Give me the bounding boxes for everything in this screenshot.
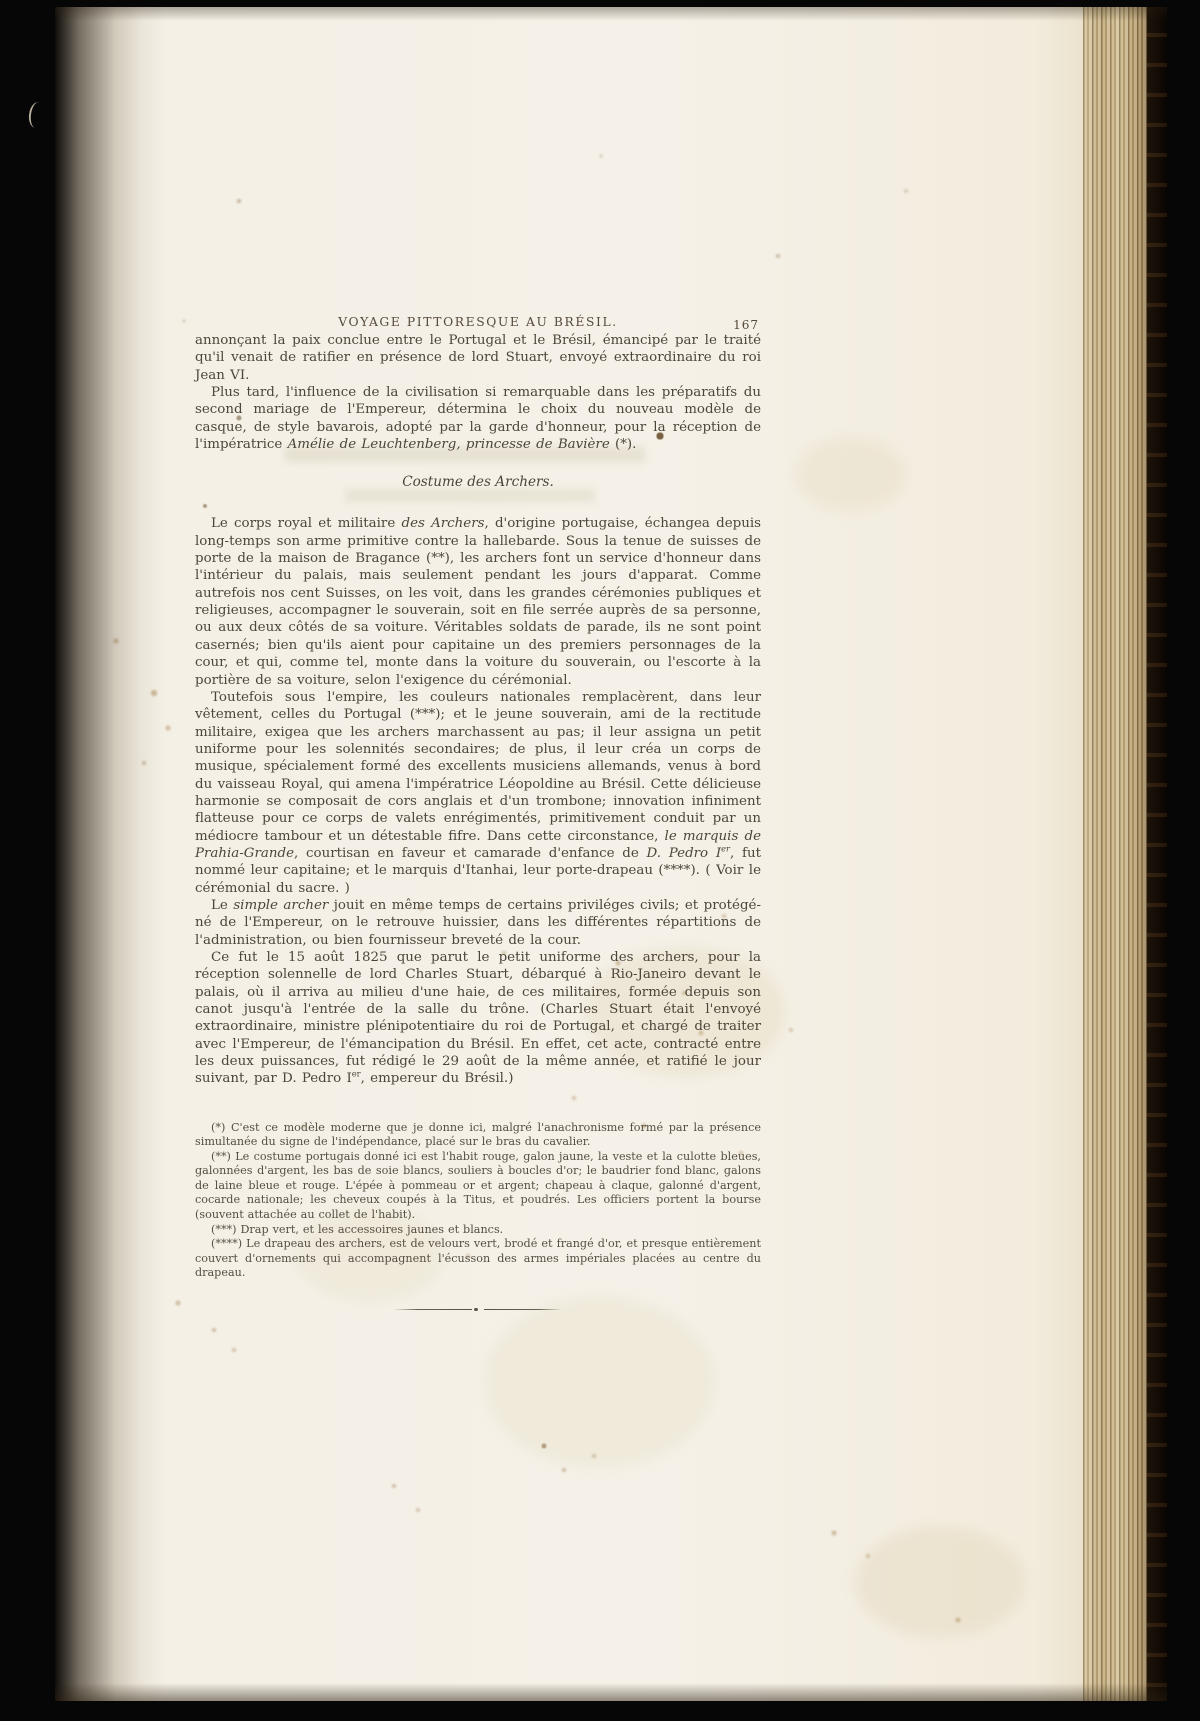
page-bottom-shadow: [55, 1683, 1167, 1701]
page-edge-highlight: [27, 101, 46, 129]
paper-stain: [485, 1297, 715, 1467]
section-heading: Costume des Archers.: [195, 474, 761, 490]
paragraph-continuation: annonçant la paix conclue entre le Portu…: [195, 332, 761, 384]
page-fore-edge: [1083, 7, 1147, 1701]
scanned-book-photo: VOYAGE PITTORESQUE AU BRÉSIL. 167 annonç…: [0, 0, 1200, 1721]
footnote: (****) Le drapeau des archers, est de ve…: [195, 1237, 761, 1281]
running-title: VOYAGE PITTORESQUE AU BRÉSIL.: [195, 315, 761, 329]
paragraph: Plus tard, l'influence de la civilisatio…: [195, 384, 761, 453]
paragraph: Le corps royal et militaire des Archers,…: [195, 515, 761, 688]
divider-line: [394, 1309, 472, 1311]
paragraph: Ce fut le 15 août 1825 que parut le peti…: [195, 949, 761, 1088]
footnotes-block: (*) C'est ce modèle moderne que je donne…: [195, 1121, 761, 1281]
paper-stain: [795, 437, 905, 512]
text-column: VOYAGE PITTORESQUE AU BRÉSIL. 167 annonç…: [195, 315, 761, 1312]
book-page: VOYAGE PITTORESQUE AU BRÉSIL. 167 annonç…: [55, 7, 1167, 1701]
book-cover: [1147, 7, 1167, 1701]
page-top-shadow: [55, 7, 1167, 21]
paragraph: Toutefois sous l'empire, les couleurs na…: [195, 689, 761, 897]
divider-line: [484, 1309, 562, 1311]
footnote: (**) Le costume portugais donné ici est …: [195, 1150, 761, 1223]
footnote: (*) C'est ce modèle moderne que je donne…: [195, 1121, 761, 1150]
divider-dot: [474, 1308, 478, 1312]
paragraph: Le simple archer jouit en même temps de …: [195, 897, 761, 949]
ornamental-divider: [394, 1307, 562, 1312]
paper-stain: [855, 1527, 1025, 1637]
page-header: VOYAGE PITTORESQUE AU BRÉSIL. 167: [195, 315, 761, 332]
footnote: (***) Drap vert, et les accessoires jaun…: [195, 1223, 761, 1238]
page-number: 167: [733, 318, 759, 332]
gutter-shadow: [55, 7, 165, 1701]
